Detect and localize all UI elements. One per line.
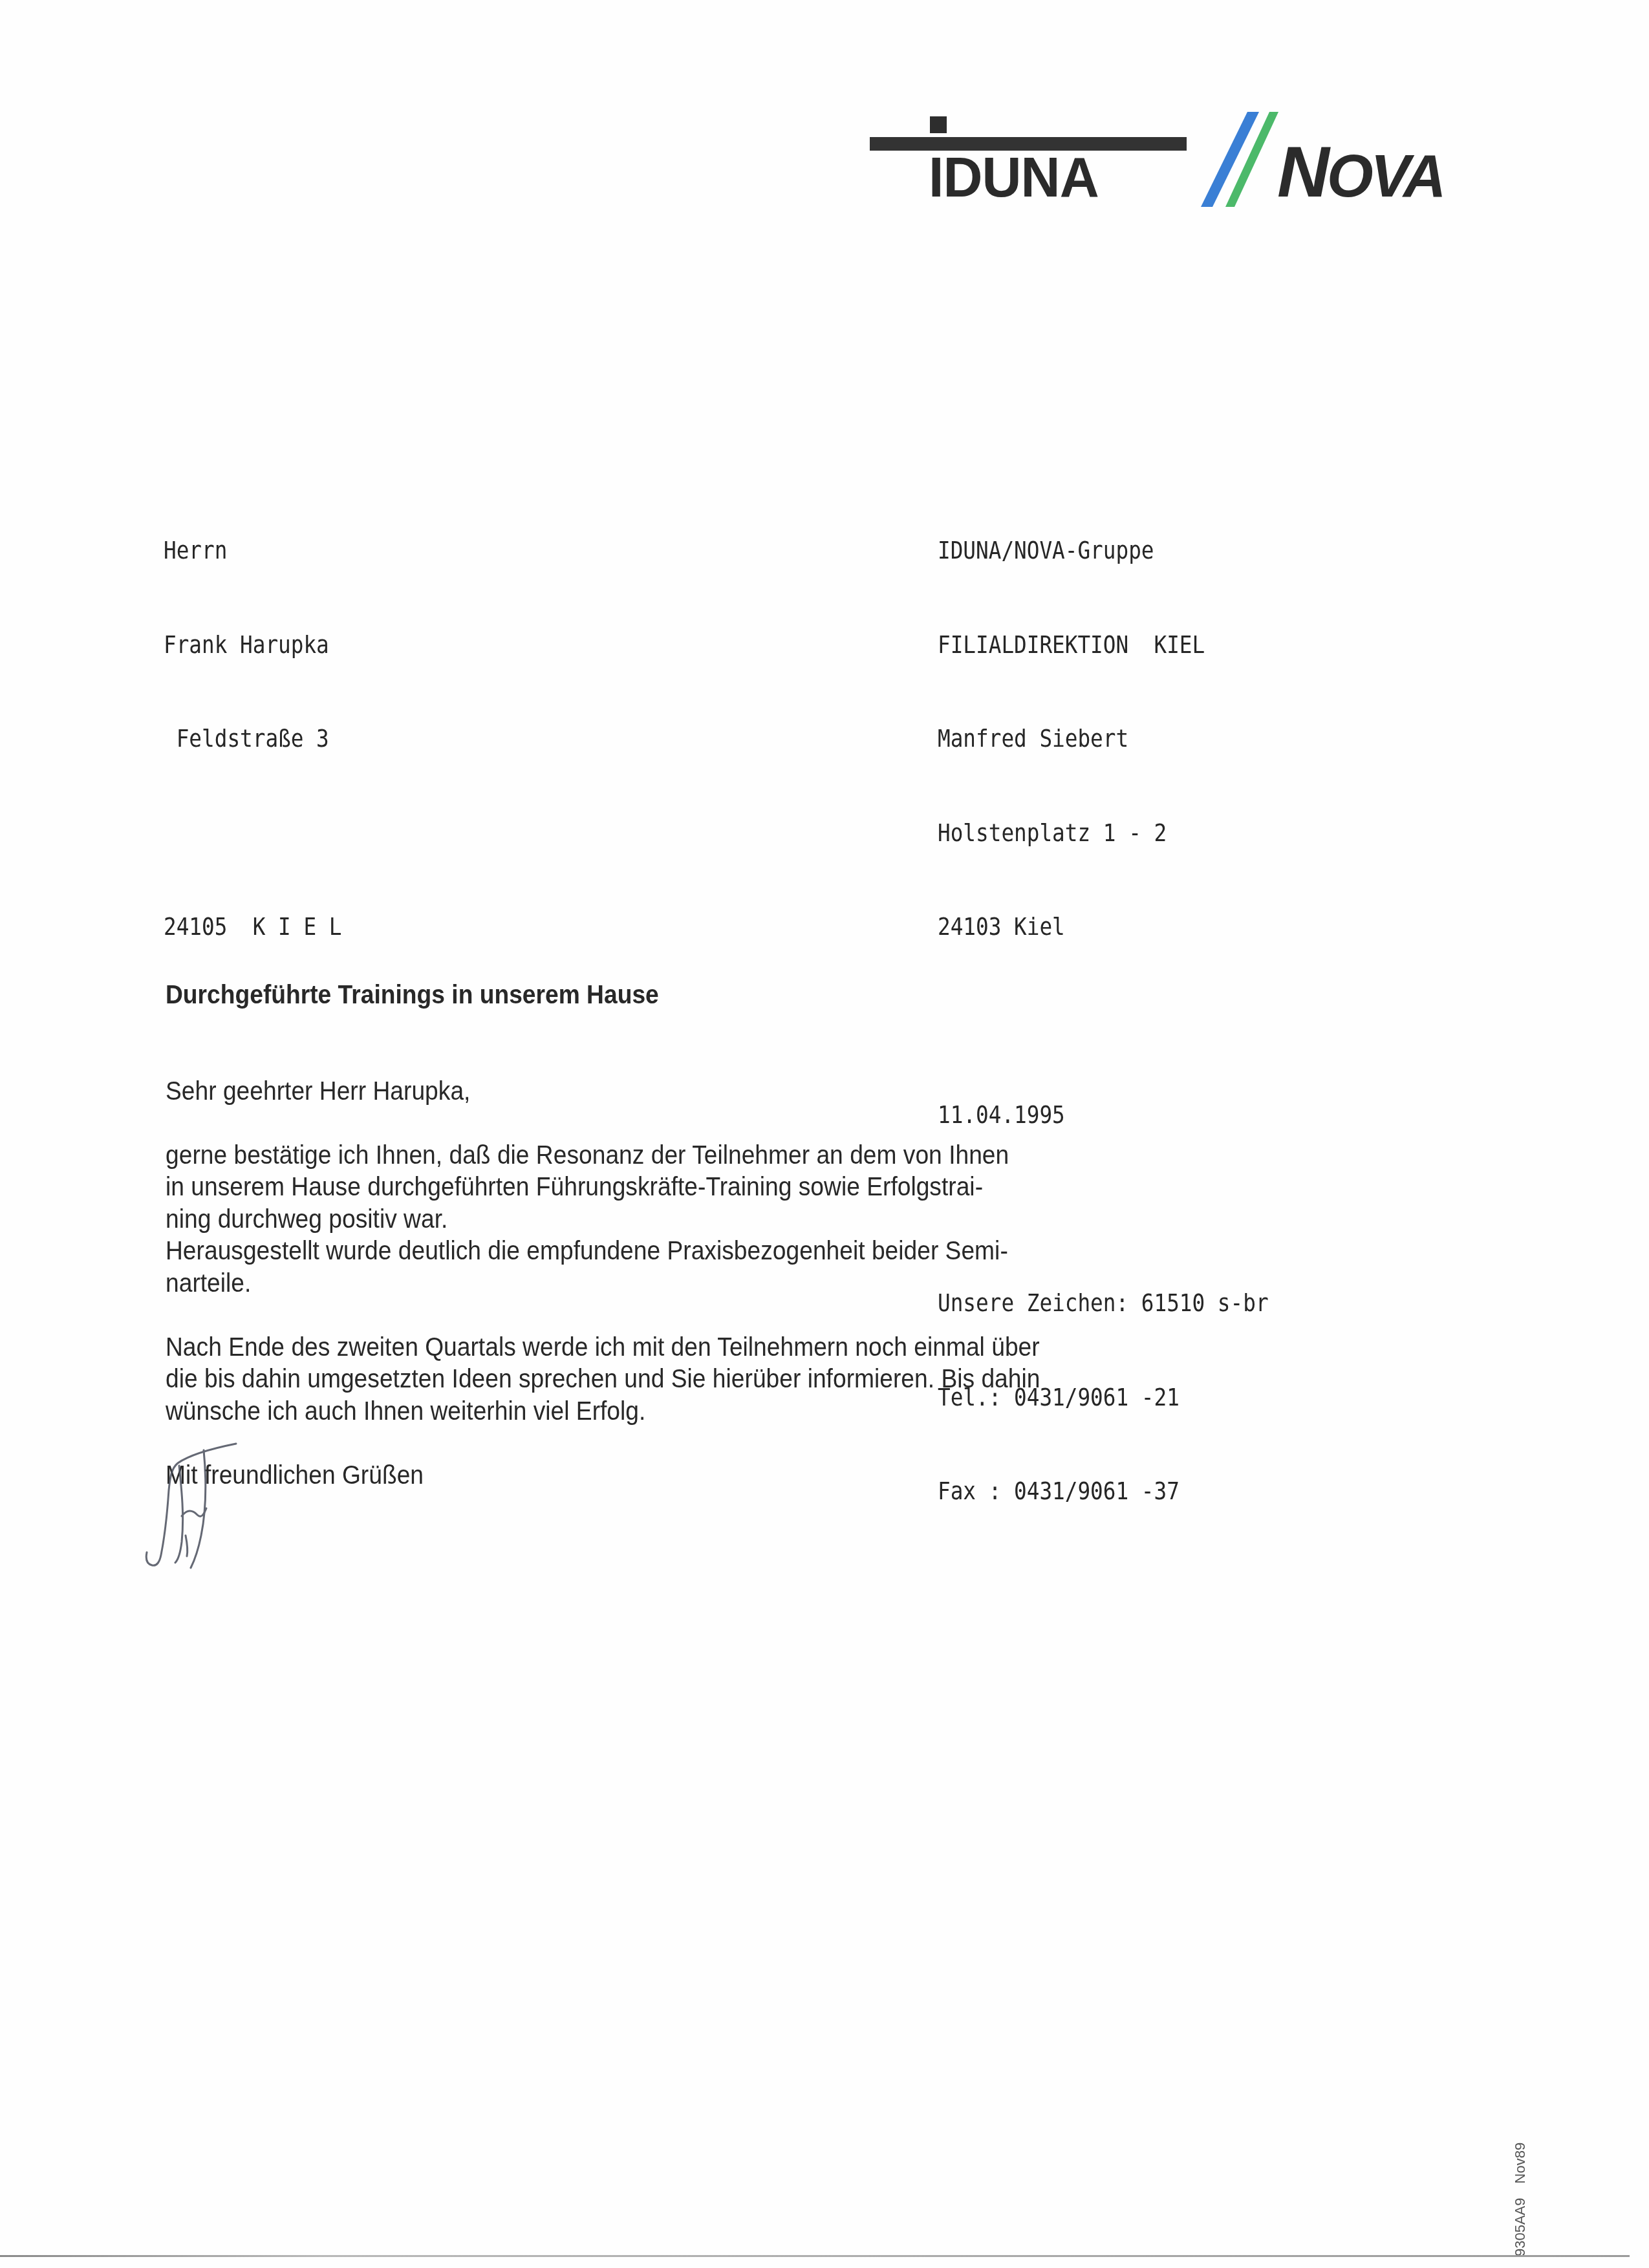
paragraph-line: in unserem Hause durchgeführten Führungs… [166, 1171, 1368, 1204]
logo-nova-wordmark: NOVA [1277, 136, 1443, 208]
paragraph-line: gerne bestätige ich Ihnen, daß die Reson… [166, 1140, 1368, 1172]
paragraph-line: wünsche ich auch Ihnen weiterhin viel Er… [166, 1396, 1368, 1428]
form-code-label: 9305AA9Nov89 [1512, 2128, 1529, 2256]
iduna-nova-logo: IDUNA NOVA [867, 103, 1487, 213]
paragraph-line: die bis dahin umgesetzten Ideen sprechen… [166, 1364, 1368, 1396]
form-date: Nov89 [1512, 2143, 1528, 2184]
paragraph-line: ning durchweg positiv war. [166, 1204, 1368, 1236]
letter-subject: Durchgeführte Trainings in unserem Hause [166, 979, 1368, 1012]
paragraph-line: narteile. [166, 1268, 1368, 1300]
letter-salutation: Sehr geehrter Herr Harupka, [166, 1076, 1368, 1108]
letter-body: Durchgeführte Trainings in unserem Hause… [166, 979, 1459, 1492]
body-paragraph: gerne bestätige ich Ihnen, daß die Reson… [166, 1140, 1459, 1300]
handwritten-signature [139, 1439, 242, 1574]
form-code: 9305AA9 [1512, 2198, 1528, 2256]
recipient-name: Frank Harupka [164, 629, 341, 661]
sender-contact-person: Manfred Siebert [938, 723, 1269, 754]
body-paragraph: Nach Ende des zweiten Quartals werde ich… [166, 1332, 1459, 1428]
sender-street: Holstenplatz 1 - 2 [938, 817, 1269, 849]
logo-nova-rest: OVA [1327, 144, 1444, 209]
paragraph-line: Herausgestellt wurde deutlich die empfun… [166, 1236, 1368, 1268]
scan-edge-line [0, 2255, 1630, 2257]
recipient-address: Herrn Frank Harupka Feldstraße 3 24105 K… [164, 472, 341, 1005]
letter-page: IDUNA NOVA Herrn Frank Harupka Feldstraß… [0, 0, 1649, 2268]
sender-company: IDUNA/NOVA-Gruppe [938, 535, 1269, 566]
recipient-city: 24105 K I E L [164, 911, 341, 943]
logo-dot-mark [930, 116, 947, 133]
sender-department: FILIALDIREKTION KIEL [938, 629, 1269, 661]
paragraph-line: Nach Ende des zweiten Quartals werde ich… [166, 1332, 1368, 1364]
logo-nova-initial: N [1277, 131, 1327, 212]
recipient-street: Feldstraße 3 [164, 723, 341, 754]
recipient-salutation-line: Herrn [164, 535, 341, 566]
letter-closing: Mit freundlichen Grüßen [166, 1460, 1368, 1492]
logo-double-slash-icon [1193, 107, 1284, 210]
logo-iduna-wordmark: IDUNA [929, 149, 1099, 206]
sender-city: 24103 Kiel [938, 911, 1269, 943]
